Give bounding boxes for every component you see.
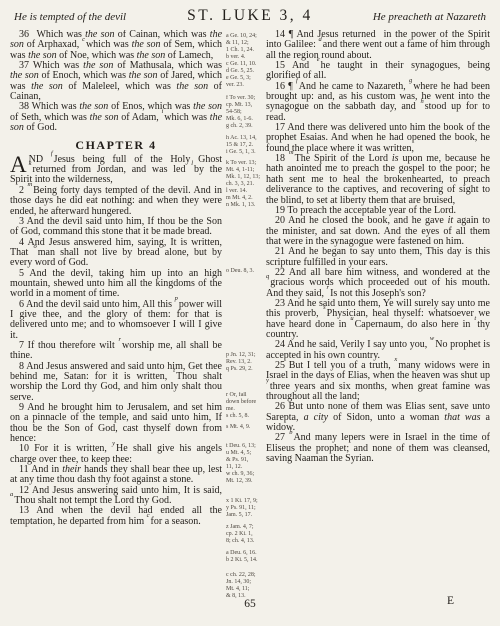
verse-4-1: AND fJesus being full of the Holy Ghost … <box>10 155 222 186</box>
page-number: 65 <box>0 598 500 610</box>
cross-reference-cluster: x 1 Ki. 17, 9;y Ps. 91, 11;Jam. 5, 17. <box>226 498 264 519</box>
verse-4-20: 20 And he closed the book, and he gave i… <box>266 216 490 247</box>
verse-4-14: 14 ¶ And Jesus returned bin the power of… <box>266 30 490 61</box>
verse-4-26: 26 But unto none of them was Elias sent,… <box>266 402 490 433</box>
bible-page: He is tempted of the devil ST. LUKE 3, 4… <box>0 0 500 626</box>
cross-reference-cluster: h Ac. 13, 14,15 & 17, 2.i Ge. 5, 1, 3. <box>226 135 264 156</box>
verse-4-24: 24 And he said, Verily I say unto you, w… <box>266 340 490 361</box>
verse-4-15: 15 And ehe taught in their synagogues, b… <box>266 61 490 82</box>
verse-4-22: 22 And all bare him witness, and wondere… <box>266 268 490 299</box>
verse-4-9: 9 And he brought him to Jerusalem, and s… <box>10 403 222 444</box>
verse-4-8: 8 And Jesus answered and said unto him, … <box>10 362 222 403</box>
verse-4-27: 27 bAnd many lepers were in Israel in th… <box>266 433 490 464</box>
verse-4-12: 12 And Jesus answering said unto him, It… <box>10 486 222 507</box>
cross-reference-cluster: p Jn. 12, 31;Rev. 13, 2.q Ps. 29, 2. <box>226 352 264 373</box>
cross-reference-cluster: k To ver. 13;Mt. 4, 1-11;Mk. 1, 12, 13;c… <box>226 160 264 209</box>
running-head-right: He preacheth at Nazareth <box>373 11 486 23</box>
verse-4-23: 23 And he said unto them, Ye will surely… <box>266 299 490 340</box>
verse-4-1-text: ND fJesus being full of the Holy Ghost k… <box>10 154 222 186</box>
cross-reference-cluster: r Or, falldown beforeme.s ch. 5, 8. <box>226 392 264 420</box>
cross-reference-cluster: a Ge. 10, 24;& 11, 12;1 Ch. 1, 24.b ver.… <box>226 33 264 89</box>
cross-reference-cluster: s Mt. 4, 9. <box>226 424 264 431</box>
drop-cap: A <box>10 155 29 175</box>
verse-4-18: 18 mThe Spirit of the Lord is upon me, b… <box>266 154 490 206</box>
verse-4-3: 3 And the devil said unto him, If thou b… <box>10 217 222 238</box>
verse-4-6: 6 And the devil said unto him, All this … <box>10 300 222 341</box>
verse-3-38: 38 Which was the son of Enos, which was … <box>10 102 222 133</box>
verse-4-5: 5 And the devil, taking him up into an h… <box>10 269 222 300</box>
verse-3-37: 37 Which was the son of Mathusala, which… <box>10 61 222 102</box>
right-text-column: 14 ¶ And Jesus returned bin the power of… <box>266 30 490 604</box>
cross-reference-cluster: z Jam. 4, 7;cp. 2 Ki. 1,8; ch. 4, 13. <box>226 524 264 545</box>
verse-4-7: 7 If thou therefore wilt rworship me, al… <box>10 341 222 362</box>
signature-mark: E <box>447 595 454 607</box>
cross-reference-gutter: a Ge. 10, 24;& 11, 12;1 Ch. 1, 24.b ver.… <box>224 0 264 626</box>
cross-reference-cluster: c ch. 22, 28;Jn. 14, 30;Mt. 4, 11;& 8, 1… <box>226 572 264 600</box>
verse-4-4: 4 And Jesus answered him, saying, It is … <box>10 238 222 269</box>
verse-4-21: 21 And he began to say unto them, This d… <box>266 247 490 268</box>
cross-reference-cluster: t Deu. 6, 13;u Mt. 4, 5;& Ps. 91,11, 12.… <box>226 443 264 485</box>
verse-4-2: 2 mBeing forty days tempted of the devil… <box>10 186 222 217</box>
cross-reference-cluster: f To ver. 30;cp. Mt. 13,54-58;Mk. 6, 1-6… <box>226 95 264 130</box>
cross-reference-cluster: o Deu. 8, 3. <box>226 268 264 275</box>
verse-4-11: 11 And in their hands they shall bear th… <box>10 465 222 486</box>
verse-3-36: 36 aWhich was the son of Cainan, which w… <box>10 30 222 61</box>
verse-4-13: 13 And when the devil had ended all the … <box>10 506 222 527</box>
verse-4-16: 16 ¶ fAnd he came to Nazareth, gwhere he… <box>266 82 490 123</box>
verse-4-10: 10 For it is written, yHe shall give his… <box>10 444 222 465</box>
verse-4-25: 25 But I tell you of a truth, xmany wido… <box>266 361 490 402</box>
left-text-column: 36 aWhich was the son of Cainan, which w… <box>10 30 222 604</box>
verse-4-17: 17 And there was delivered unto him the … <box>266 123 490 154</box>
chapter-heading: CHAPTER 4 <box>10 140 222 150</box>
cross-reference-cluster: a Deu. 6, 16.b 2 Ki. 5, 14. <box>226 550 264 564</box>
